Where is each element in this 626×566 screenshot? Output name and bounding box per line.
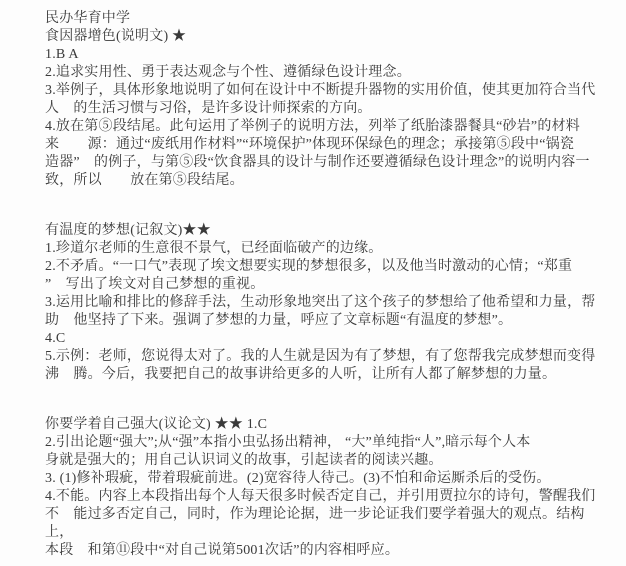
text-line: 身就是强大的；用自己认识词义的故事，引起读者的阅读兴趣。 [45, 452, 605, 470]
text-line: 3.举例子，具体形象地说明了如何在设计中不断提升器物的实用价值，使其更加符合当代 [45, 82, 605, 100]
text-line: 2.引出论题“强大”;从“强”本指小虫弘扬出精神， “大”单纯指“人”,暗示每个… [45, 434, 605, 452]
text-line: 4.不能。内容上本段指出每个人每天很多时候否定自己，并引用贾拉尔的诗句，警醒我们 [45, 488, 605, 506]
text-line: 沸 腾。今后，我要把自己的故事讲给更多的人听，让所有人都了解梦想的力量。 [45, 366, 605, 384]
section-narrative-text: 有温度的梦想(记叙文)★★ 1.珍道尔老师的生意很不景气，已经面临破产的边缘。 … [45, 222, 605, 384]
text-line: 造器” 的例子，与第⑤段“饮食器具的设计与制作还要遵循绿色设计理念”的说明内容一 [45, 154, 605, 172]
text-line: 4.放在第⑤段结尾。此句运用了举例子的说明方法，列举了纸胎漆器餐具“砂岩”的材料 [45, 118, 605, 136]
text-line: 人 的生活习惯与习俗，是许多设计师探索的方向。 [45, 100, 605, 118]
section-expository-text: 食因器增色(说明文) ★ 1.B A 2.追求实用性、勇于表达观念与个性、遵循绿… [45, 28, 605, 190]
text-line: 5.示例：老师，您说得太对了。我的人生就是因为有了梦想，有了您帮我完成梦想而变得 [45, 348, 605, 366]
text-line: ” 写出了埃文对自己梦想的重视。 [45, 276, 605, 294]
text-line: 2.不矛盾。“一口气”表现了埃文想要实现的梦想很多，以及他当时激动的心情；“郑重 [45, 258, 605, 276]
section-title: 食因器增色(说明文) ★ [45, 28, 605, 46]
text-line: 致，所以 放在第⑤段结尾。 [45, 172, 605, 190]
section-argumentative-text: 你要学着自己强大(议论文) ★★ 1.C 2.引出论题“强大”;从“强”本指小虫… [45, 416, 605, 560]
text-line: 1.B A [45, 46, 605, 64]
text-line: 助 他坚持了下来。强调了梦想的力量，呼应了文章标题“有温度的梦想”。 [45, 312, 605, 330]
text-line: 3. (1)修补瑕疵，带着瑕疵前进。(2)宽容待人待己。(3)不怕和命运厮杀后的… [45, 470, 605, 488]
text-line: 本段 和第⑪段中“对自己说第5001次话”的内容相呼应。 [45, 542, 605, 560]
text-line: 来 源：通过“废纸用作材料”“环境保护”体现环保绿色的理念；承接第⑤段中“锅瓷 [45, 136, 605, 154]
text-line: 不 能过多否定自己，同时，作为理论论据，进一步论证我们要学着强大的观点。结构上， [45, 506, 605, 542]
text-line: 3.运用比喻和排比的修辞手法，生动形象地突出了这个孩子的梦想给了他希望和力量，帮 [45, 294, 605, 312]
answer-key-document: 民办华育中学 食因器增色(说明文) ★ 1.B A 2.追求实用性、勇于表达观念… [45, 10, 605, 560]
school-name: 民办华育中学 [45, 10, 605, 28]
text-line: 1.珍道尔老师的生意很不景气，已经面临破产的边缘。 [45, 240, 605, 258]
section-title: 有温度的梦想(记叙文)★★ [45, 222, 605, 240]
text-line: 4.C [45, 330, 605, 348]
text-line: 2.追求实用性、勇于表达观念与个性、遵循绿色设计理念。 [45, 64, 605, 82]
section-title: 你要学着自己强大(议论文) ★★ 1.C [45, 416, 605, 434]
